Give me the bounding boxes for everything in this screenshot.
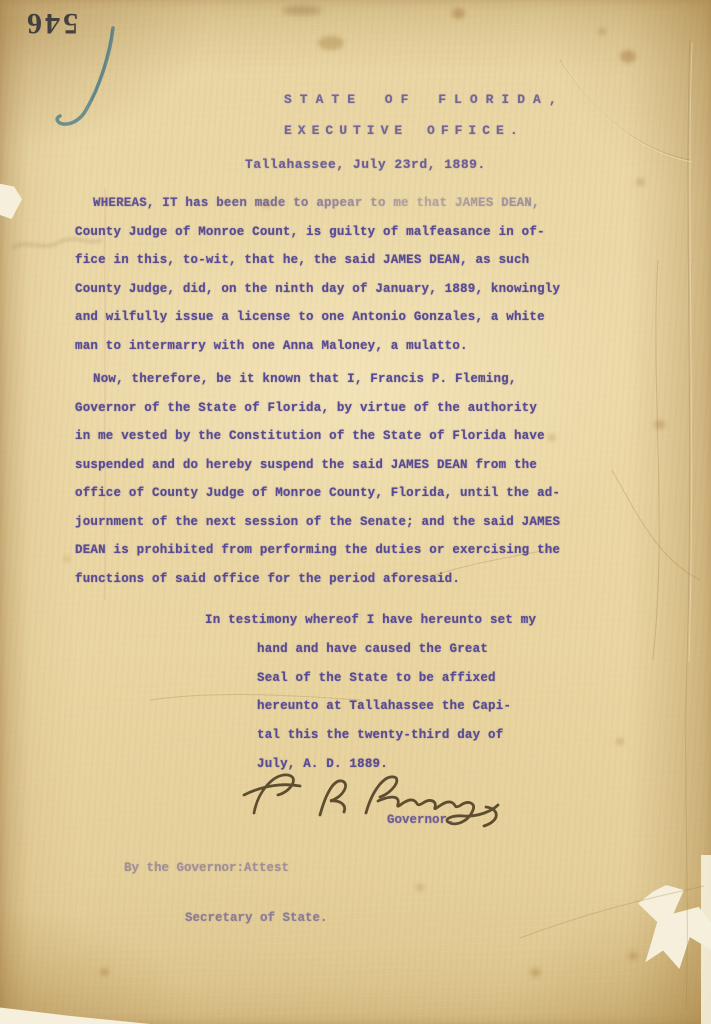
stain-spot xyxy=(530,968,541,977)
stain-spot xyxy=(598,28,606,35)
stain-spot xyxy=(282,6,322,15)
text-line: hereunto at Tallahassee the Capi- xyxy=(257,692,585,721)
text-line: suspended and do hereby suspend the said… xyxy=(75,451,555,480)
text-line: County Judge, did, on the ninth day of J… xyxy=(75,275,555,304)
stain-spot xyxy=(636,178,645,186)
page-edge-right xyxy=(701,855,711,1024)
tape-mark-bottom-right xyxy=(638,885,711,969)
text-line: County Judge of Monroe Count, is guilty … xyxy=(75,218,555,247)
text-line: In testimony whereof I have hereunto set… xyxy=(205,606,585,635)
text-line: in me vested by the Constitution of the … xyxy=(75,422,555,451)
text-line: fice in this, to-wit, that he, the said … xyxy=(75,246,555,275)
doc-title: STATE OF FLORIDA, xyxy=(284,92,565,107)
text-line: Now, therefore, be it known that I, Fran… xyxy=(75,365,555,394)
document-page: 546 STATE OF FLORIDA, EXECUTIVE OFFICE. … xyxy=(0,0,711,1024)
governor-title-label: Governor. xyxy=(387,813,455,827)
doc-dateline: Tallahassee, July 23rd, 1889. xyxy=(245,157,486,172)
text-line: Seal of the State to be affixed xyxy=(257,664,585,693)
page-number-stamp: 546 xyxy=(24,6,78,40)
text-line: and wilfully issue a license to one Anto… xyxy=(75,303,555,332)
secretary-of-state-line: Secretary of State. xyxy=(185,911,328,925)
text-line: functions of said office for the period … xyxy=(75,565,555,594)
text-line: hand and have caused the Great xyxy=(257,635,585,664)
testimony-block: In testimony whereof I have hereunto set… xyxy=(205,606,585,779)
text-line: tal this the twenty-third day of xyxy=(257,721,585,750)
stain-spot xyxy=(100,968,109,976)
stain-spot xyxy=(628,952,638,960)
paragraph-suspension-order: Now, therefore, be it known that I, Fran… xyxy=(75,365,555,593)
paragraph-whereas: WHEREAS, IT has been made to appear to m… xyxy=(75,189,555,360)
attest-by-governor-line: By the Governor:Attest xyxy=(124,861,289,875)
stain-spot xyxy=(416,884,424,891)
text-line: man to intermarry with one Anna Maloney,… xyxy=(75,332,555,361)
stain-spot xyxy=(64,556,70,562)
doc-subtitle: EXECUTIVE OFFICE. xyxy=(284,123,524,138)
torn-edge-left xyxy=(0,183,22,219)
stain-spot xyxy=(654,420,665,429)
text-line: WHEREAS, IT has been made to appear to m… xyxy=(75,189,555,218)
text-line: Governor of the State of Florida, by vir… xyxy=(75,394,555,423)
stain-spot xyxy=(452,8,465,19)
stain-spot xyxy=(318,36,344,50)
text-line: DEAN is prohibited from performing the d… xyxy=(75,536,555,565)
text-line: journment of the next session of the Sen… xyxy=(75,508,555,537)
text-line: office of County Judge of Monroe County,… xyxy=(75,479,555,508)
page-curl-bottom-left xyxy=(0,1002,150,1024)
signature-f-p-fleming xyxy=(238,763,510,833)
stain-spot xyxy=(620,50,636,63)
stain-spot xyxy=(616,738,624,745)
